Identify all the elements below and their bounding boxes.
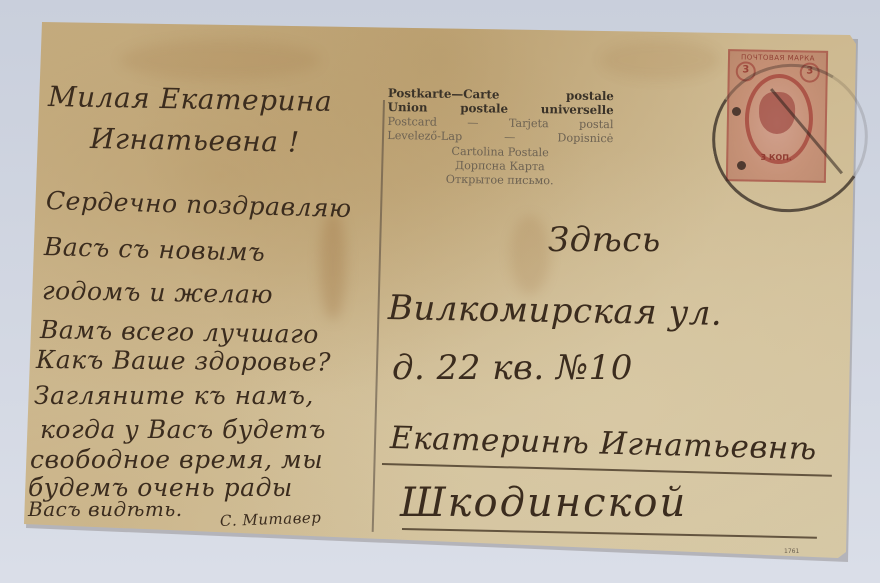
message-line: когда у Васъ будетъ bbox=[40, 415, 326, 444]
print-code: 1761 bbox=[784, 548, 799, 555]
stain bbox=[510, 215, 550, 295]
message-line: свободное время, мы bbox=[30, 445, 323, 474]
message-line: Васъ съ новымъ bbox=[44, 232, 266, 267]
greeting-line: Милая Екатерина bbox=[48, 80, 333, 118]
address-line: Здѣсь bbox=[548, 220, 661, 260]
postmark-dot bbox=[732, 107, 741, 116]
message-line: годомъ и желаю bbox=[42, 276, 273, 309]
postmark-dot bbox=[737, 161, 746, 170]
message-line: Вамъ всего лучшаго bbox=[40, 315, 319, 349]
address-line: д. 22 кв. №10 bbox=[392, 348, 633, 388]
stain bbox=[320, 210, 346, 320]
signature: С. Митавер bbox=[220, 508, 322, 530]
greeting-line: Игнатьевна ! bbox=[90, 122, 300, 159]
message-line: Васъ видѣть. bbox=[28, 497, 183, 521]
address-line: Вилкомирская ул. bbox=[388, 288, 723, 334]
stain bbox=[120, 40, 320, 80]
message-line: Какъ Ваше здоровье? bbox=[36, 345, 331, 377]
printed-header: Postkarte—Carte postale Union postale un… bbox=[387, 86, 614, 190]
recipient-surname: Шкодинской bbox=[400, 480, 687, 526]
photo-scene: Postkarte—Carte postale Union postale un… bbox=[0, 0, 880, 583]
stain bbox=[600, 40, 720, 80]
message-line: Загляните къ намъ, bbox=[34, 381, 314, 410]
